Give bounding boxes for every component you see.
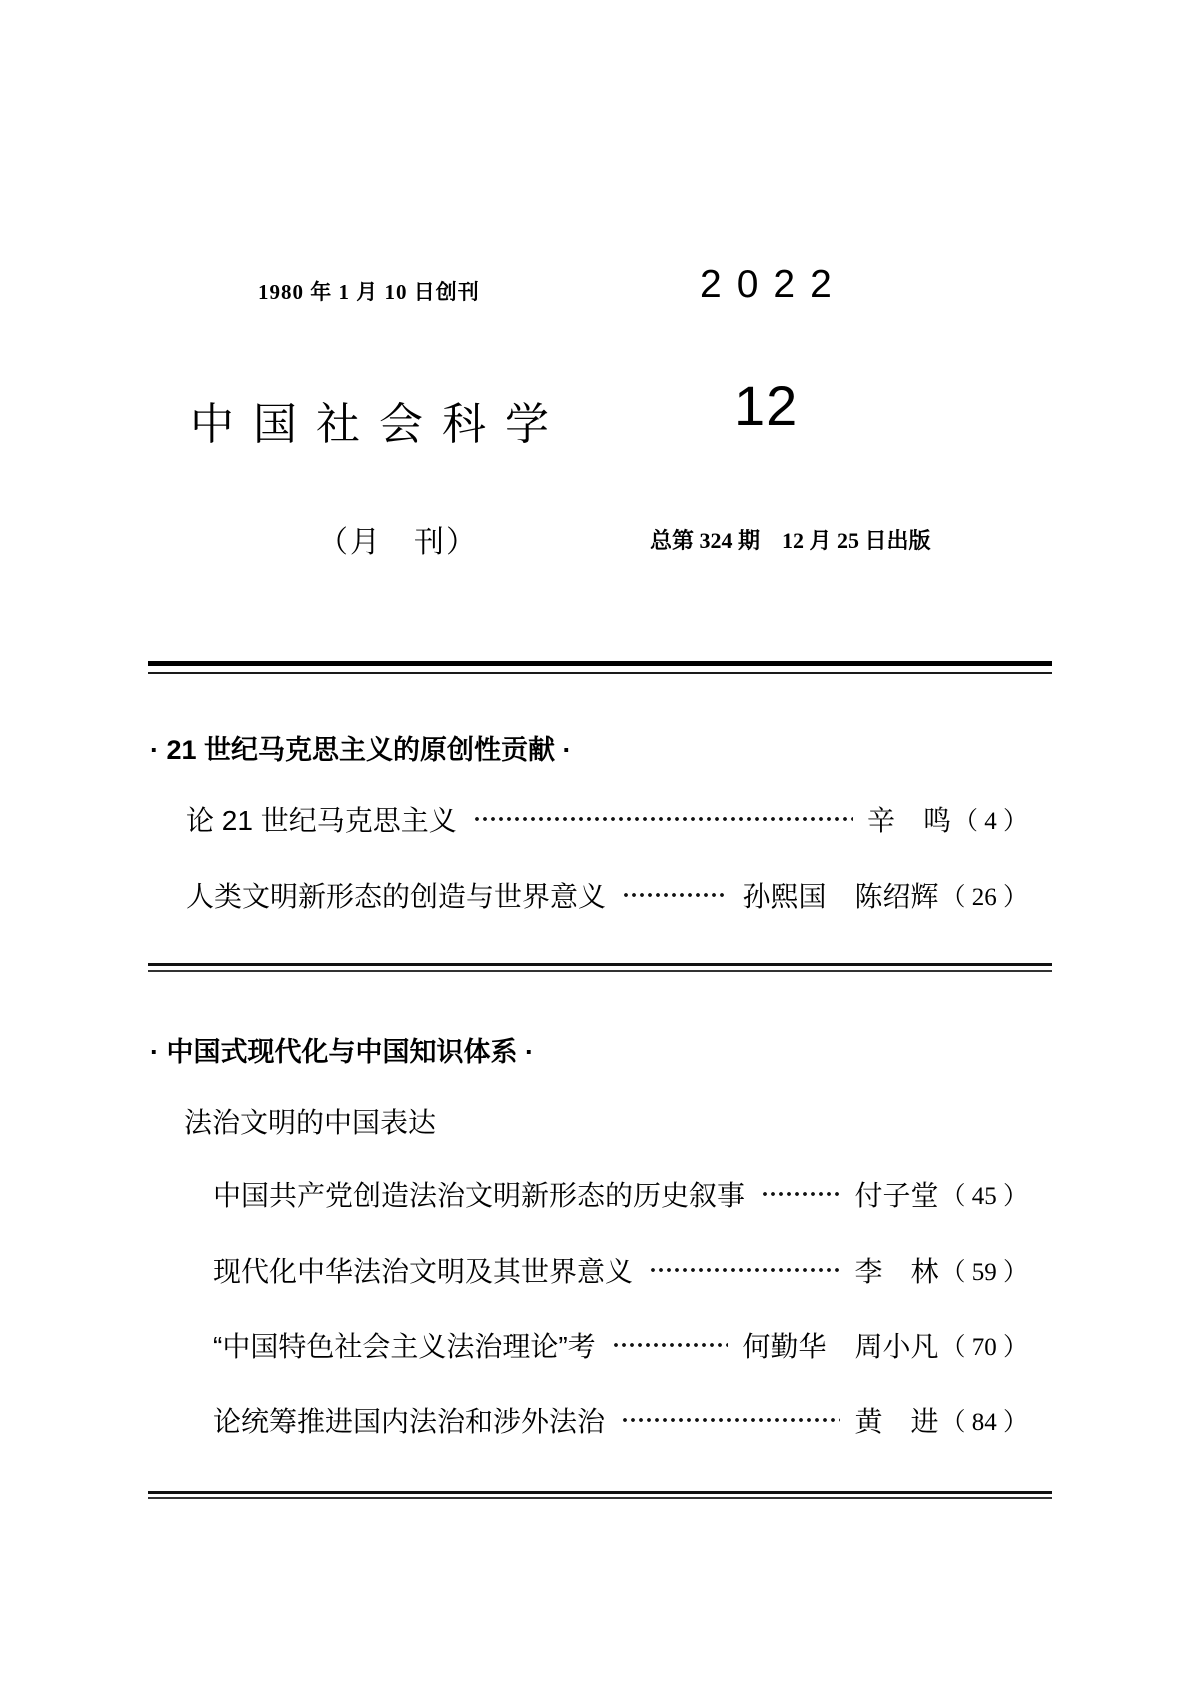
journal-cover-page: 1980 年 1 月 10 日创刊 2022 中国社会科学 12 （月 刊） 总…: [0, 0, 1190, 1684]
dot-leader: [649, 1253, 840, 1287]
toc-entry: 人类文明新形态的创造与世界意义 孙熙国 陈绍辉 （ 26 ）: [186, 878, 1028, 912]
toc-entry: 论 21 世纪马克思主义 辛 鸣 （ 4 ）: [186, 802, 1028, 836]
article-authors: 付子堂: [854, 1174, 938, 1214]
dot-leader: [622, 878, 728, 912]
article-title: 现代化中华法治文明及其世界意义: [213, 1250, 633, 1290]
article-authors: 孙熙国 陈绍辉: [742, 875, 938, 915]
article-page: （ 26 ）: [940, 877, 1028, 913]
dot-leader: [612, 1328, 729, 1362]
divider-section: [148, 963, 1052, 972]
section-heading-marxism: · 21 世纪马克思主义的原创性贡献 ·: [150, 728, 572, 767]
article-authors: 黄 进: [854, 1400, 938, 1440]
toc-entry: 中国共产党创造法治文明新形态的历史叙事 付子堂 （ 45 ）: [213, 1177, 1028, 1211]
toc-entry: 现代化中华法治文明及其世界意义 李 林 （ 59 ）: [213, 1253, 1028, 1287]
journal-title: 中国社会科学: [190, 388, 568, 452]
article-title: 论 21 世纪马克思主义: [186, 799, 457, 839]
toc-entry: “中国特色社会主义法治理论”考 何勤华 周小凡 （ 70 ）: [213, 1328, 1028, 1362]
issue-number: 12: [734, 378, 798, 434]
subsection-heading-rule-of-law: 法治文明的中国表达: [184, 1101, 436, 1141]
dot-leader: [621, 1403, 840, 1437]
article-title: “中国特色社会主义法治理论”考: [213, 1325, 596, 1365]
issue-year: 2022: [700, 263, 847, 307]
section-heading-modernization: · 中国式现代化与中国知识体系 ·: [150, 1030, 534, 1069]
article-title: 人类文明新形态的创造与世界意义: [186, 875, 606, 915]
divider-bottom: [148, 1491, 1052, 1499]
publication-info: 总第 324 期 12 月 25 日出版: [650, 524, 931, 555]
toc-entry: 论统筹推进国内法治和涉外法治 黄 进 （ 84 ）: [213, 1403, 1028, 1437]
article-authors: 李 林: [854, 1250, 938, 1290]
periodicity-label: （月 刊）: [318, 517, 478, 561]
article-title: 论统筹推进国内法治和涉外法治: [213, 1400, 605, 1440]
dot-leader: [761, 1177, 840, 1211]
article-page: （ 45 ）: [940, 1176, 1028, 1212]
dot-leader: [473, 802, 853, 836]
article-page: （ 70 ）: [940, 1327, 1028, 1363]
article-page: （ 4 ）: [953, 801, 1028, 837]
article-authors: 辛 鸣: [867, 799, 951, 839]
article-title: 中国共产党创造法治文明新形态的历史叙事: [213, 1174, 745, 1214]
article-authors: 何勤华 周小凡: [742, 1325, 938, 1365]
founded-date: 1980 年 1 月 10 日创刊: [258, 276, 480, 306]
divider-masthead: [148, 661, 1052, 674]
article-page: （ 59 ）: [940, 1252, 1028, 1288]
article-page: （ 84 ）: [940, 1402, 1028, 1438]
